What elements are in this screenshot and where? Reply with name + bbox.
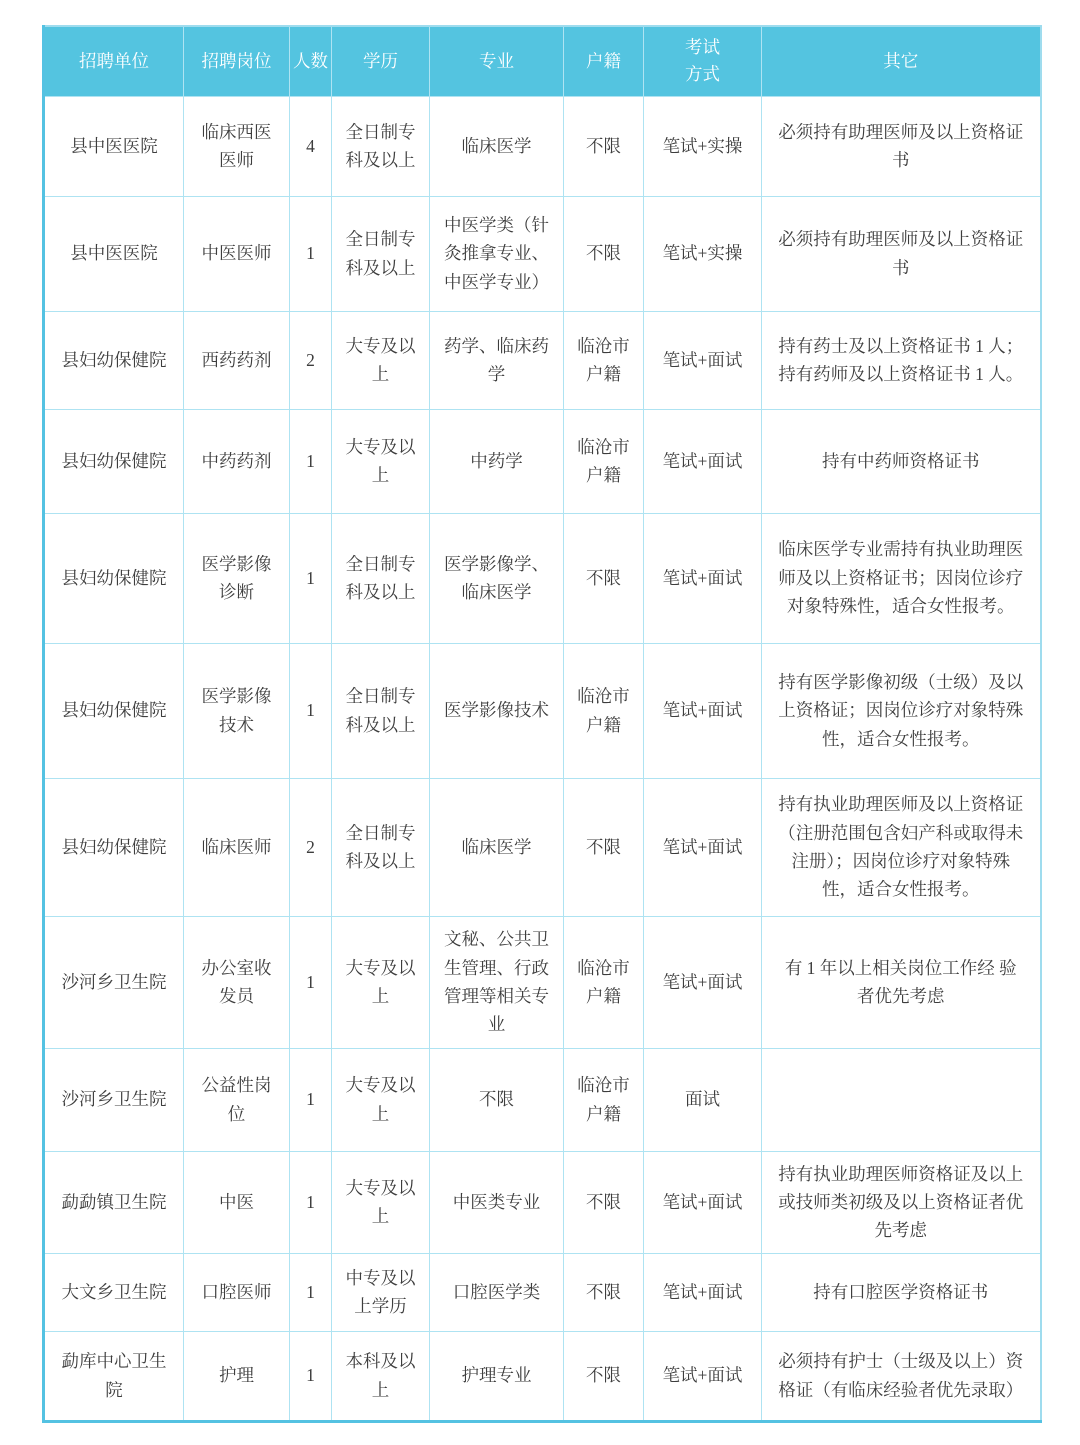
cell: 持有医学影像初级（士级）及以上资格证；因岗位诊疗对象特殊性，适合女性报考。 [762,643,1041,778]
column-header-6: 户籍 [564,26,644,96]
column-header-5: 专业 [430,26,564,96]
cell: 中医医师 [184,196,290,311]
cell: 持有口腔医学资格证书 [762,1253,1041,1331]
cell: 口腔医学类 [430,1253,564,1331]
cell: 公益性岗位 [184,1048,290,1151]
table-row: 勐库中心卫生院护理1本科及以上护理专业不限笔试+面试必须持有护士（士级及以上）资… [44,1331,1041,1421]
cell: 中专及以上学历 [332,1253,430,1331]
cell: 临沧市户籍 [564,916,644,1048]
cell: 护理 [184,1331,290,1421]
cell: 1 [290,196,332,311]
cell: 临沧市户籍 [564,1048,644,1151]
cell: 有 1 年以上相关岗位工作经 验者优先考虑 [762,916,1041,1048]
cell: 1 [290,1253,332,1331]
cell: 必须持有护士（士级及以上）资格证（有临床经验者优先录取） [762,1331,1041,1421]
table-body: 县中医医院临床西医医师4全日制专科及以上临床医学不限笔试+实操必须持有助理医师及… [44,96,1041,1421]
cell: 医学影像诊断 [184,513,290,643]
cell: 笔试+面试 [644,916,762,1048]
cell: 笔试+面试 [644,1151,762,1253]
table-row: 县中医医院临床西医医师4全日制专科及以上临床医学不限笔试+实操必须持有助理医师及… [44,96,1041,196]
cell: 全日制专科及以上 [332,196,430,311]
cell: 不限 [564,1253,644,1331]
cell: 中医学类（针灸推拿专业、中医学专业） [430,196,564,311]
cell: 持有中药师资格证书 [762,409,1041,513]
cell: 临床医师 [184,778,290,916]
cell: 大文乡卫生院 [44,1253,184,1331]
table-row: 县妇幼保健院医学影像技术1全日制专科及以上医学影像技术临沧市户籍笔试+面试持有医… [44,643,1041,778]
cell: 医学影像技术 [184,643,290,778]
cell: 不限 [564,513,644,643]
cell: 县中医医院 [44,96,184,196]
column-header-2: 招聘岗位 [184,26,290,96]
cell: 全日制专科及以上 [332,513,430,643]
cell: 笔试+面试 [644,1331,762,1421]
cell: 笔试+实操 [644,196,762,311]
cell: 不限 [430,1048,564,1151]
table-row: 沙河乡卫生院办公室收发员1大专及以上文秘、公共卫生管理、行政管理等相关专业临沧市… [44,916,1041,1048]
column-header-label: 人数 [293,51,328,71]
cell: 1 [290,513,332,643]
cell: 临沧市户籍 [564,311,644,409]
column-header-label: 户籍 [586,51,621,71]
cell: 中医 [184,1151,290,1253]
cell: 笔试+面试 [644,409,762,513]
page: 招聘单位招聘岗位人数学历专业户籍考试方式其它 县中医医院临床西医医师4全日制专科… [0,0,1080,1445]
cell: 县妇幼保健院 [44,409,184,513]
cell: 勐勐镇卫生院 [44,1151,184,1253]
cell: 笔试+面试 [644,311,762,409]
cell: 2 [290,311,332,409]
cell: 持有药士及以上资格证书 1 人；持有药师及以上资格证书 1 人。 [762,311,1041,409]
cell: 1 [290,409,332,513]
cell: 全日制专科及以上 [332,778,430,916]
cell: 笔试+面试 [644,513,762,643]
column-header-7: 考试方式 [644,26,762,96]
cell: 口腔医师 [184,1253,290,1331]
cell: 办公室收发员 [184,916,290,1048]
cell: 持有执业助理医师及以上资格证（注册范围包含妇产科或取得未注册）；因岗位诊疗对象特… [762,778,1041,916]
cell: 临床医学 [430,778,564,916]
cell: 必须持有助理医师及以上资格证书 [762,196,1041,311]
cell: 临床医学专业需持有执业助理医师及以上资格证书；因岗位诊疗对象特殊性，适合女性报考… [762,513,1041,643]
column-header-label: 招聘岗位 [202,51,272,71]
cell: 必须持有助理医师及以上资格证书 [762,96,1041,196]
cell [762,1048,1041,1151]
header-row: 招聘单位招聘岗位人数学历专业户籍考试方式其它 [44,26,1041,96]
cell: 西药药剂 [184,311,290,409]
cell: 持有执业助理医师资格证及以上或技师类初级及以上资格证者优先考虑 [762,1151,1041,1253]
cell: 中药药剂 [184,409,290,513]
cell: 笔试+面试 [644,1253,762,1331]
cell: 1 [290,1048,332,1151]
column-header-label: 招聘单位 [79,51,149,71]
table-row: 县妇幼保健院西药药剂2大专及以上药学、临床药学临沧市户籍笔试+面试持有药士及以上… [44,311,1041,409]
cell: 县中医医院 [44,196,184,311]
cell: 1 [290,1151,332,1253]
column-header-4: 学历 [332,26,430,96]
table-header: 招聘单位招聘岗位人数学历专业户籍考试方式其它 [44,26,1041,96]
cell: 县妇幼保健院 [44,513,184,643]
cell: 全日制专科及以上 [332,96,430,196]
cell: 不限 [564,1331,644,1421]
cell: 医学影像学、临床医学 [430,513,564,643]
cell: 不限 [564,96,644,196]
cell: 临床医学 [430,96,564,196]
cell: 大专及以上 [332,916,430,1048]
cell: 县妇幼保健院 [44,643,184,778]
cell: 文秘、公共卫生管理、行政管理等相关专业 [430,916,564,1048]
cell: 中医类专业 [430,1151,564,1253]
cell: 1 [290,1331,332,1421]
cell: 笔试+面试 [644,778,762,916]
cell: 临沧市户籍 [564,643,644,778]
cell: 1 [290,916,332,1048]
table-row: 县妇幼保健院临床医师2全日制专科及以上临床医学不限笔试+面试持有执业助理医师及以… [44,778,1041,916]
cell: 临沧市户籍 [564,409,644,513]
table-row: 大文乡卫生院口腔医师1中专及以上学历口腔医学类不限笔试+面试持有口腔医学资格证书 [44,1253,1041,1331]
cell: 大专及以上 [332,1151,430,1253]
column-header-1: 招聘单位 [44,26,184,96]
cell: 本科及以上 [332,1331,430,1421]
recruitment-table: 招聘单位招聘岗位人数学历专业户籍考试方式其它 县中医医院临床西医医师4全日制专科… [42,25,1042,1423]
column-header-3: 人数 [290,26,332,96]
cell: 2 [290,778,332,916]
table-row: 县妇幼保健院中药药剂1大专及以上中药学临沧市户籍笔试+面试持有中药师资格证书 [44,409,1041,513]
cell: 县妇幼保健院 [44,311,184,409]
cell: 县妇幼保健院 [44,778,184,916]
table-row: 勐勐镇卫生院中医1大专及以上中医类专业不限笔试+面试持有执业助理医师资格证及以上… [44,1151,1041,1253]
cell: 不限 [564,778,644,916]
cell: 大专及以上 [332,311,430,409]
cell: 护理专业 [430,1331,564,1421]
column-header-label: 专业 [479,51,514,71]
cell: 沙河乡卫生院 [44,1048,184,1151]
cell: 全日制专科及以上 [332,643,430,778]
cell: 大专及以上 [332,1048,430,1151]
table-row: 沙河乡卫生院公益性岗位1大专及以上不限临沧市户籍面试 [44,1048,1041,1151]
cell: 临床西医医师 [184,96,290,196]
cell: 不限 [564,1151,644,1253]
column-header-label: 其它 [883,51,918,71]
table-row: 县中医医院中医医师1全日制专科及以上中医学类（针灸推拿专业、中医学专业）不限笔试… [44,196,1041,311]
cell: 1 [290,643,332,778]
column-header-label: 学历 [363,51,398,71]
cell: 面试 [644,1048,762,1151]
cell: 药学、临床药学 [430,311,564,409]
cell: 医学影像技术 [430,643,564,778]
cell: 笔试+实操 [644,96,762,196]
cell: 大专及以上 [332,409,430,513]
cell: 勐库中心卫生院 [44,1331,184,1421]
cell: 中药学 [430,409,564,513]
column-header-8: 其它 [762,26,1041,96]
cell: 不限 [564,196,644,311]
cell: 沙河乡卫生院 [44,916,184,1048]
cell: 4 [290,96,332,196]
table-row: 县妇幼保健院医学影像诊断1全日制专科及以上医学影像学、临床医学不限笔试+面试临床… [44,513,1041,643]
cell: 笔试+面试 [644,643,762,778]
column-header-label: 考试方式 [682,34,722,88]
